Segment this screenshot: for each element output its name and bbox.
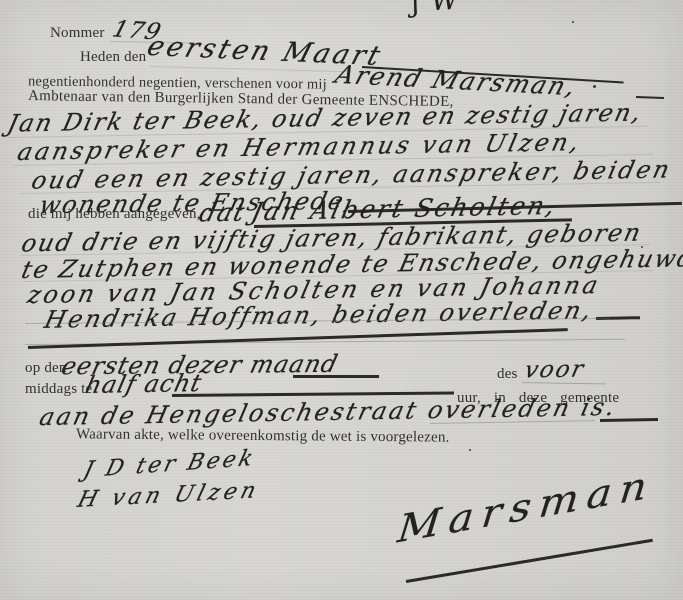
margin-mark: ʃ W xyxy=(411,0,461,19)
paper-speck xyxy=(593,85,596,88)
declaration-dat: dat xyxy=(197,198,249,228)
daypart-value: voor xyxy=(522,356,588,383)
signature-declarant2: H van Ulzen xyxy=(75,478,263,513)
place-line: aan de Hengeloschestraat overleden is. xyxy=(37,393,620,431)
rule-line xyxy=(522,382,606,384)
declaration-intro: die mij hebben aangegeven, xyxy=(28,206,201,223)
death-certificate-scan: ʃ W Nommer 179 Heden den eersten Maart n… xyxy=(0,0,683,600)
closing-statement: Waarvan akte, welke overeenkomstig de we… xyxy=(76,426,450,446)
des-label: des xyxy=(497,366,518,383)
paper-speck xyxy=(13,120,15,122)
signature-registrar: Marsman xyxy=(396,462,657,552)
paper-speck xyxy=(572,21,574,23)
fill-line xyxy=(293,375,379,378)
date-label: Heden den xyxy=(80,49,146,66)
middags-label: middags te xyxy=(25,381,92,398)
signature-flourish xyxy=(406,539,653,583)
signature-declarant1: J D ter Beek xyxy=(81,446,258,483)
paper-speck xyxy=(469,449,471,451)
dash-line xyxy=(600,418,658,422)
number-label: Nommer xyxy=(50,25,105,42)
paper-speck xyxy=(641,246,643,248)
